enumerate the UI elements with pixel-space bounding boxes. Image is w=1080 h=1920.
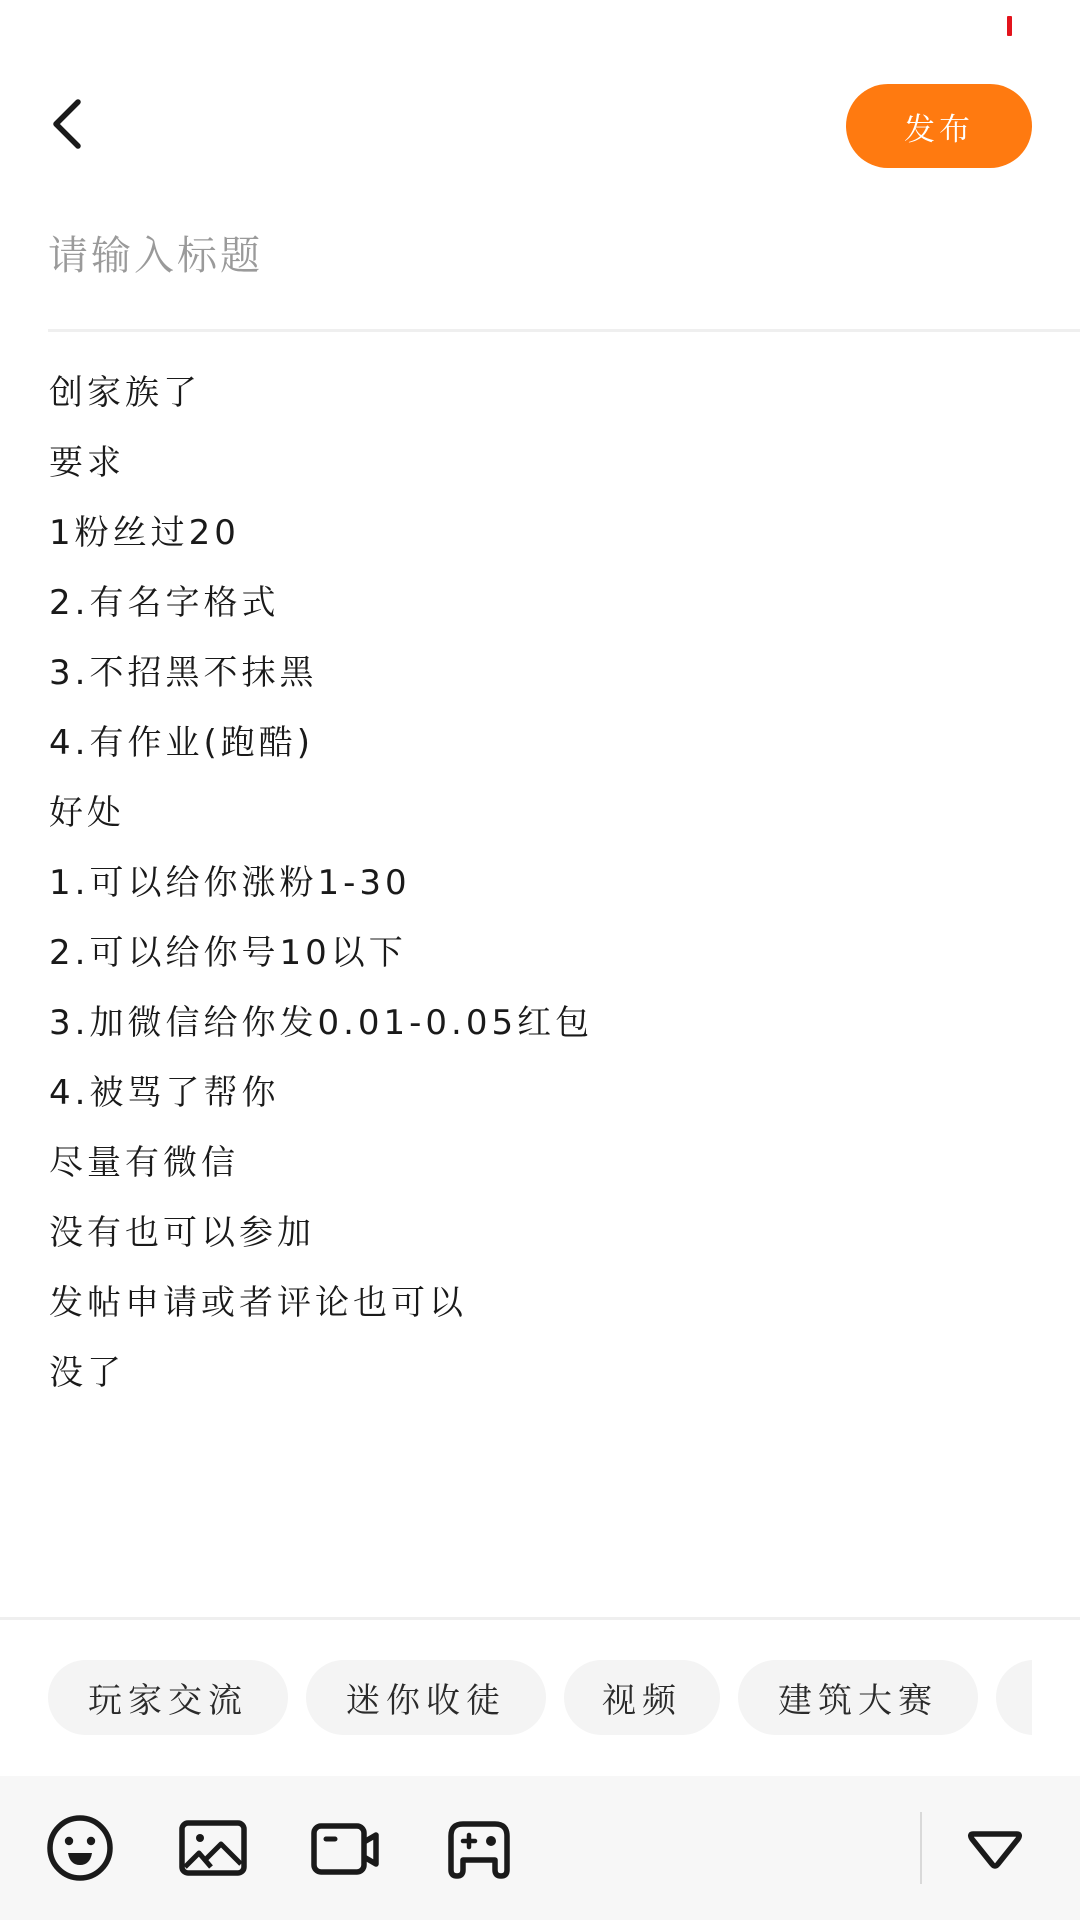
topic-chip-building-contest[interactable]: 建筑大赛 — [738, 1660, 978, 1735]
gamepad-icon — [443, 1812, 515, 1884]
triangle-down-icon — [959, 1812, 1031, 1884]
body-line: 1粉丝过20 — [49, 498, 1039, 568]
topic-chip-mini-apprentice[interactable]: 迷你收徒 — [306, 1660, 546, 1735]
emoji-icon — [44, 1812, 116, 1884]
status-indicator — [1007, 16, 1012, 36]
body-line: 尽量有微信 — [49, 1128, 1039, 1198]
image-button[interactable] — [165, 1800, 261, 1896]
topics-divider — [0, 1617, 1080, 1620]
body-line: 3.加微信给你发0.01-0.05红包 — [49, 988, 1039, 1058]
body-line: 2.可以给你号10以下 — [49, 918, 1039, 988]
back-button[interactable] — [36, 88, 100, 160]
topic-chips-row[interactable]: 玩家交流 迷你收徒 视频 建筑大赛 — [48, 1660, 1032, 1735]
image-icon — [177, 1812, 249, 1884]
publish-button[interactable]: 发布 — [846, 84, 1032, 168]
body-line: 2.有名字格式 — [49, 568, 1039, 638]
game-button[interactable] — [431, 1800, 527, 1896]
title-input[interactable] — [48, 222, 1028, 290]
body-line: 1.可以给你涨粉1-30 — [49, 848, 1039, 918]
topic-chip-player-exchange[interactable]: 玩家交流 — [48, 1660, 288, 1735]
topic-chip-video[interactable]: 视频 — [564, 1660, 720, 1735]
body-line: 创家族了 — [49, 358, 1039, 428]
body-line: 没了 — [49, 1338, 1039, 1408]
editor-toolbar — [0, 1776, 1080, 1920]
video-button[interactable] — [298, 1800, 394, 1896]
toolbar-divider — [920, 1812, 922, 1884]
title-divider — [48, 329, 1080, 332]
emoji-button[interactable] — [32, 1800, 128, 1896]
body-line: 没有也可以参加 — [49, 1198, 1039, 1268]
collapse-toolbar-button[interactable] — [947, 1800, 1043, 1896]
body-line: 3.不招黑不抹黑 — [49, 638, 1039, 708]
chevron-left-icon — [48, 96, 88, 152]
body-line: 要求 — [49, 428, 1039, 498]
post-body-editor[interactable]: 创家族了 要求 1粉丝过20 2.有名字格式 3.不招黑不抹黑 4.有作业(跑酷… — [49, 358, 1039, 1408]
topic-chip-more[interactable] — [996, 1660, 1032, 1735]
post-editor-screen: 发布 创家族了 要求 1粉丝过20 2.有名字格式 3.不招黑不抹黑 4.有作业… — [0, 0, 1080, 1920]
body-line: 4.有作业(跑酷) — [49, 708, 1039, 778]
video-icon — [310, 1812, 382, 1884]
body-line: 好处 — [49, 778, 1039, 848]
body-line: 4.被骂了帮你 — [49, 1058, 1039, 1128]
body-line: 发帖申请或者评论也可以 — [49, 1268, 1039, 1338]
